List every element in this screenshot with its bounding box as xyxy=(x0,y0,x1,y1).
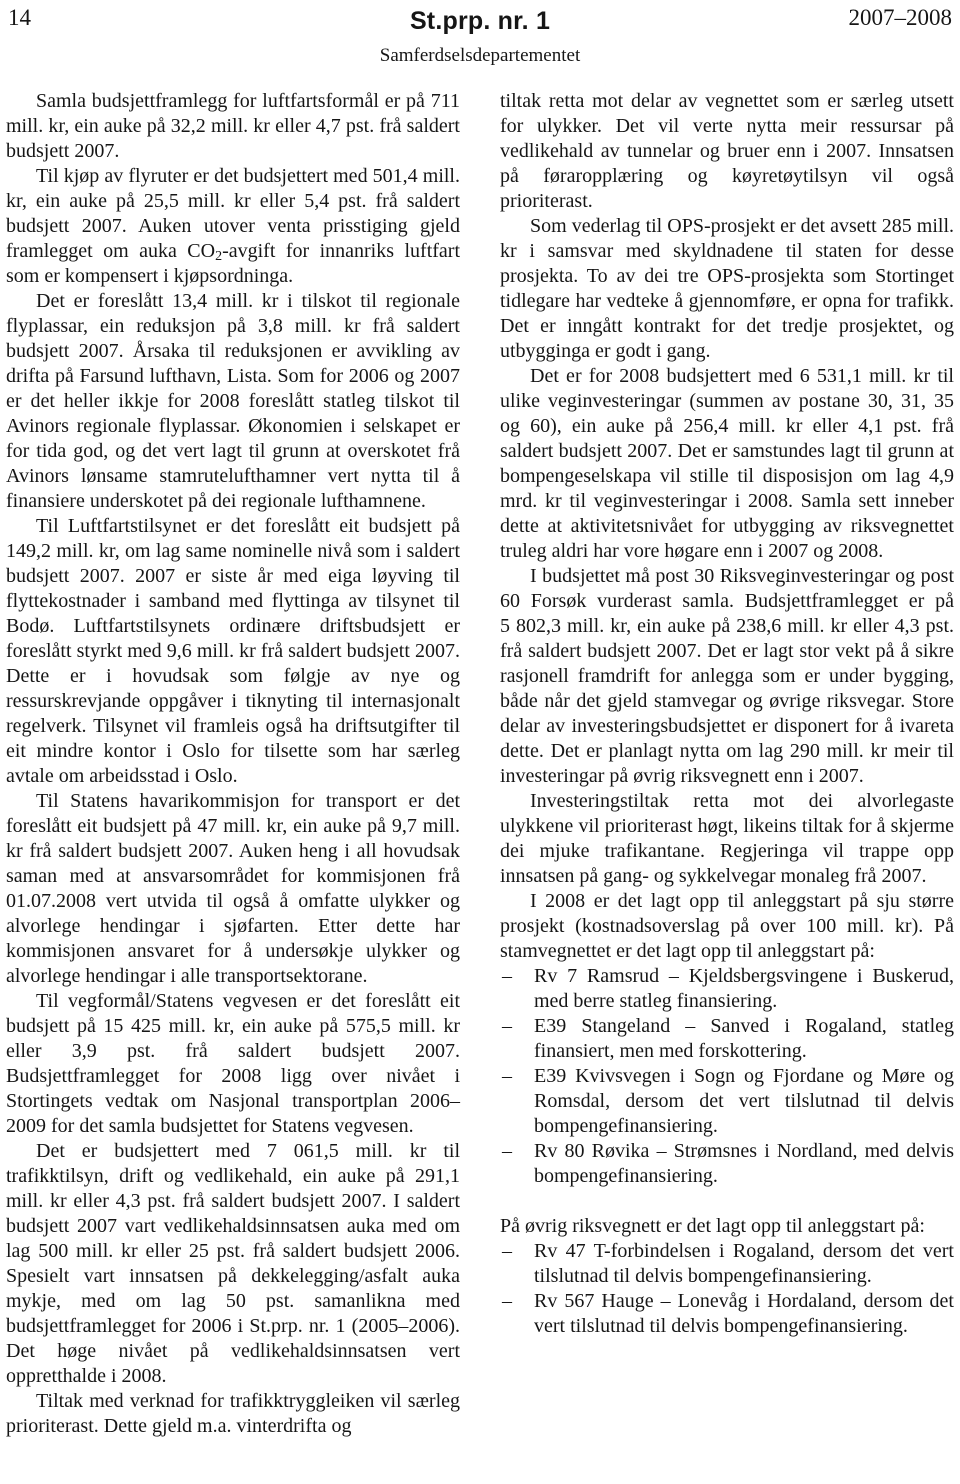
road-project-item: –Rv 80 Røvika – Strømsnes i Nordland, me… xyxy=(500,1139,954,1189)
list-dash-marker: – xyxy=(502,1064,512,1089)
right-column: tiltak retta mot delar av vegnettet som … xyxy=(500,89,954,1439)
department-name: Samferdselsdepartementet xyxy=(6,45,954,67)
paragraph: Til vegformål/Statens vegvesen er det fo… xyxy=(6,989,460,1139)
paragraph: Det er for 2008 budsjettert med 6 531,1 … xyxy=(500,364,954,564)
road-project-text: Rv 47 T-forbindelsen i Rogaland, dersom … xyxy=(534,1240,954,1287)
road-project-item: –Rv 47 T-forbindelsen i Rogaland, dersom… xyxy=(500,1239,954,1289)
list-dash-marker: – xyxy=(502,1014,512,1039)
body-columns: Samla budsjettframlegg for luftfartsform… xyxy=(6,89,954,1439)
road-project-text: Rv 80 Røvika – Strømsnes i Nordland, med… xyxy=(534,1140,954,1187)
document-page: 14 St.prp. nr. 1 Samferdselsdepartemente… xyxy=(0,0,960,1484)
road-project-item: –E39 Stangeland – Sanved i Rogaland, sta… xyxy=(500,1014,954,1064)
road-project-item: –E39 Kvivsvegen i Sogn og Fjordane og Mø… xyxy=(500,1064,954,1139)
ovrig-riksveg-project-list: –Rv 47 T-forbindelsen i Rogaland, dersom… xyxy=(500,1239,954,1339)
list-dash-marker: – xyxy=(502,964,512,989)
list-dash-marker: – xyxy=(502,1139,512,1164)
page-header: 14 St.prp. nr. 1 Samferdselsdepartemente… xyxy=(6,0,954,79)
paragraph: Det er budsjettert med 7 061,5 mill. kr … xyxy=(6,1139,460,1389)
paragraph: tiltak retta mot delar av vegnettet som … xyxy=(500,89,954,214)
list-dash-marker: – xyxy=(502,1289,512,1314)
paragraph: I 2008 er det lagt opp til anleggstart p… xyxy=(500,889,954,964)
road-project-text: Rv 7 Ramsrud – Kjeldsbergsvingene i Busk… xyxy=(534,965,954,1012)
paragraph: Til Luftfartstilsynet er det foreslått e… xyxy=(6,514,460,789)
paragraph: Samla budsjettframlegg for luftfartsform… xyxy=(6,89,460,164)
co2-subscript: 2 xyxy=(215,249,222,264)
paragraph: Til Statens havarikommisjon for transpor… xyxy=(6,789,460,989)
page-number: 14 xyxy=(8,5,31,31)
left-column: Samla budsjettframlegg for luftfartsform… xyxy=(6,89,460,1439)
stamveg-project-list: –Rv 7 Ramsrud – Kjeldsbergsvingene i Bus… xyxy=(500,964,954,1189)
road-project-text: E39 Stangeland – Sanved i Rogaland, stat… xyxy=(534,1015,954,1062)
paragraph: I budsjettet må post 30 Riksveginvesteri… xyxy=(500,564,954,789)
paragraph: Investeringstiltak retta mot dei alvorle… xyxy=(500,789,954,889)
road-project-text: Rv 567 Hauge – Lonevåg i Hordaland, ders… xyxy=(534,1290,954,1337)
paragraph: Til kjøp av flyruter er det budsjettert … xyxy=(6,164,460,289)
session-years: 2007–2008 xyxy=(849,5,953,31)
road-project-item: –Rv 567 Hauge – Lonevåg i Hordaland, der… xyxy=(500,1289,954,1339)
paragraph: Det er foreslått 13,4 mill. kr i tilskot… xyxy=(6,289,460,514)
list-dash-marker: – xyxy=(502,1239,512,1264)
road-project-item: –Rv 7 Ramsrud – Kjeldsbergsvingene i Bus… xyxy=(500,964,954,1014)
header-center: St.prp. nr. 1 Samferdselsdepartementet xyxy=(6,7,954,67)
paragraph: Som vederlag til OPS-prosjekt er det avs… xyxy=(500,214,954,364)
paragraph: Tiltak med verknad for trafikktryggleike… xyxy=(6,1389,460,1439)
paragraph: På øvrig riksvegnett er det lagt opp til… xyxy=(500,1214,954,1239)
road-project-text: E39 Kvivsvegen i Sogn og Fjordane og Mør… xyxy=(534,1065,954,1137)
document-title: St.prp. nr. 1 xyxy=(6,7,954,36)
